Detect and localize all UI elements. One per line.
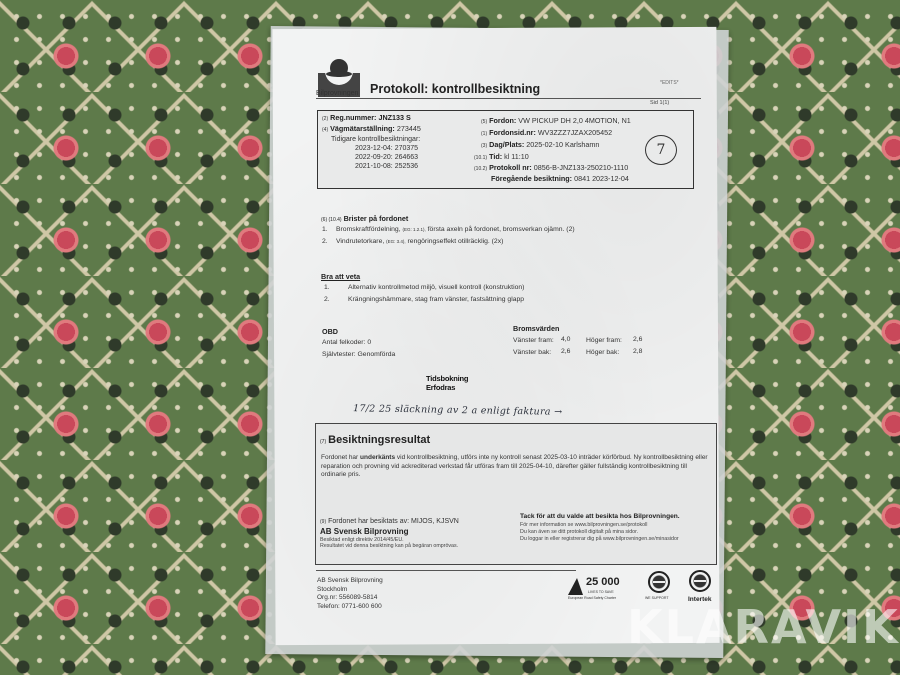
global-compact-globe-icon: [648, 571, 670, 593]
header-divider: [316, 98, 701, 99]
result-text: Fordonet har underkänts vid kontrollbesi…: [321, 454, 711, 480]
watermark: KLARAVIK: [627, 600, 900, 654]
road-icon: [568, 578, 583, 595]
previous-inspections-label: Tidigare kontrollbesiktningar:: [331, 136, 420, 143]
protocol-number-field: (10.2)Protokoll nr: 0856-B-JNZ133-250210…: [474, 163, 628, 172]
brake-left-front-label: Vänster fram:: [513, 337, 554, 344]
brake-right-front-value: 2,6: [633, 336, 642, 343]
obd-title: OBD: [322, 327, 338, 336]
booking-required: Tidsbokning Erfodras: [426, 374, 468, 392]
brake-right-rear-label: Höger bak:: [586, 349, 619, 356]
previous-inspection-row: 2021-10-08: 252536: [355, 163, 418, 170]
good-to-know-title: Bra att veta: [321, 272, 360, 281]
appeal-text: Resultatet vid denna besiktning kan på b…: [320, 543, 458, 549]
intertek-globe-icon: [689, 570, 711, 592]
obd-self-tests: Självtester: Genomförda: [322, 351, 395, 358]
obd-fault-codes: Antal felkoder: 0: [322, 339, 371, 346]
edits-stamp: *EDITS*: [660, 80, 679, 86]
footer-divider: [316, 570, 576, 571]
logo-text: Bilprovningen: [316, 90, 358, 97]
info-link-3: Du loggar in eller registrerar dig på ww…: [520, 536, 679, 542]
info-link-1: För mer information se www.bilprovningen…: [520, 522, 647, 528]
brake-left-rear-label: Vänster bak:: [513, 349, 551, 356]
result-title: (7)Besiktningsresultat: [320, 434, 430, 446]
thanks-text: Tack för att du valde att besikta hos Bi…: [520, 513, 680, 520]
previous-inspection-field: Föregående besiktning: 0841 2023-12-04: [491, 174, 629, 183]
vin-field: (1)Fordonsid.nr: WV3ZZZ7JZAX205452: [481, 128, 612, 137]
defects-title: (6) (10.4)Brister på fordonet: [321, 214, 408, 223]
previous-inspection-row: 2023-12-04: 270375: [355, 145, 418, 152]
road-safety-badge: 25 000 LIVES TO SAVE European Road Safet…: [568, 576, 628, 604]
vehicle-field: (5)Fordon: VW PICKUP DH 2,0 4MOTION, N1: [481, 116, 631, 125]
brake-right-rear-value: 2,8: [633, 348, 642, 355]
brake-right-front-label: Höger fram:: [586, 337, 622, 344]
time-field: (10.1)Tid: kl 11:10: [474, 152, 529, 161]
footer-address: AB Svensk Bilprovning Stockholm Org.nr: …: [317, 577, 383, 611]
inspected-by: (9)Fordonet har besiktats av: MIJOS, KJS…: [320, 518, 459, 525]
date-place-field: (3)Dag/Plats: 2025-02-10 Karlshamn: [481, 140, 599, 149]
document-title: Protokoll: kontrollbesiktning: [370, 82, 540, 96]
page-number: Sid 1(1): [650, 100, 669, 106]
previous-inspection-row: 2022-09-20: 264663: [355, 154, 418, 161]
good-to-know-item: 1.Alternativ kontrollmetod miljö, visuel…: [324, 284, 524, 291]
odometer-field: (4)Vägmätarställning: 273445: [322, 124, 421, 133]
company-name: AB Svensk Bilprovning: [320, 527, 408, 536]
brake-values-title: Bromsvärden: [513, 324, 559, 333]
brake-left-rear-value: 2,6: [561, 348, 570, 355]
brake-left-front-value: 4,0: [561, 336, 570, 343]
info-link-2: Du kan även se ditt protokoll digitalt p…: [520, 529, 638, 535]
good-to-know-item: 2.Krängningshämmare, stag fram vänster, …: [324, 296, 524, 303]
handwritten-circle-number: 7: [645, 135, 677, 165]
reg-number-field: (2)Reg.nummer: JNZ133 S: [322, 113, 411, 122]
defect-item: 1.Bromskraftfördelning, (EG: 1.2.1), för…: [322, 226, 575, 233]
defect-item: 2.Vindrutetorkare, (EG: 3.4), rengörings…: [322, 238, 503, 245]
